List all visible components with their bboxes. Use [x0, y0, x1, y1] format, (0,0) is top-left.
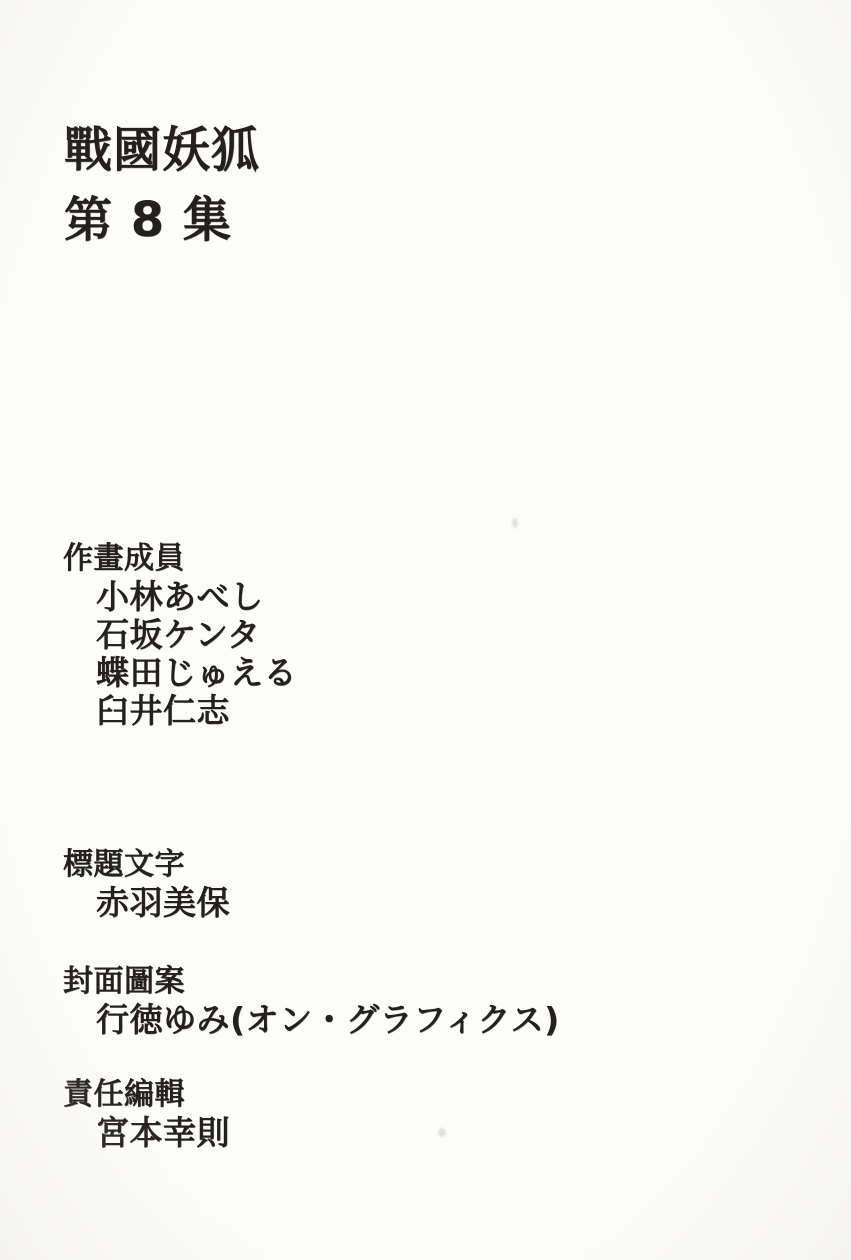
- staff-name: 行徳ゆみ(オン・グラフィクス): [63, 1001, 560, 1039]
- scan-artifact-speck: [438, 1128, 446, 1137]
- scanned-credits-page: 戰國妖狐 第 8 集 作畫成員 小林あべし 石坂ケンタ 蝶田じゅえる 臼井仁志 …: [0, 0, 851, 1260]
- scan-artifact-speck: [512, 518, 518, 528]
- section-heading: 作畫成員: [63, 540, 297, 578]
- section-heading: 標題文字: [63, 846, 230, 884]
- book-title-block: 戰國妖狐 第 8 集: [64, 115, 260, 255]
- section-editor: 責任編輯 宮本幸則: [63, 1076, 230, 1152]
- section-heading: 責任編輯: [63, 1076, 230, 1114]
- volume-number: 第 8 集: [64, 185, 260, 255]
- staff-name: 赤羽美保: [63, 884, 230, 922]
- series-title: 戰國妖狐: [64, 115, 260, 185]
- section-cover-design: 封面圖案 行徳ゆみ(オン・グラフィクス): [63, 963, 560, 1039]
- section-heading: 封面圖案: [63, 963, 560, 1001]
- section-title-lettering: 標題文字 赤羽美保: [63, 846, 230, 922]
- staff-name: 小林あべし: [63, 578, 297, 616]
- staff-name: 蝶田じゅえる: [63, 654, 297, 692]
- staff-name: 宮本幸則: [63, 1114, 230, 1152]
- section-art-staff: 作畫成員 小林あべし 石坂ケンタ 蝶田じゅえる 臼井仁志: [63, 540, 297, 730]
- staff-name: 臼井仁志: [63, 692, 297, 730]
- staff-name: 石坂ケンタ: [63, 616, 297, 654]
